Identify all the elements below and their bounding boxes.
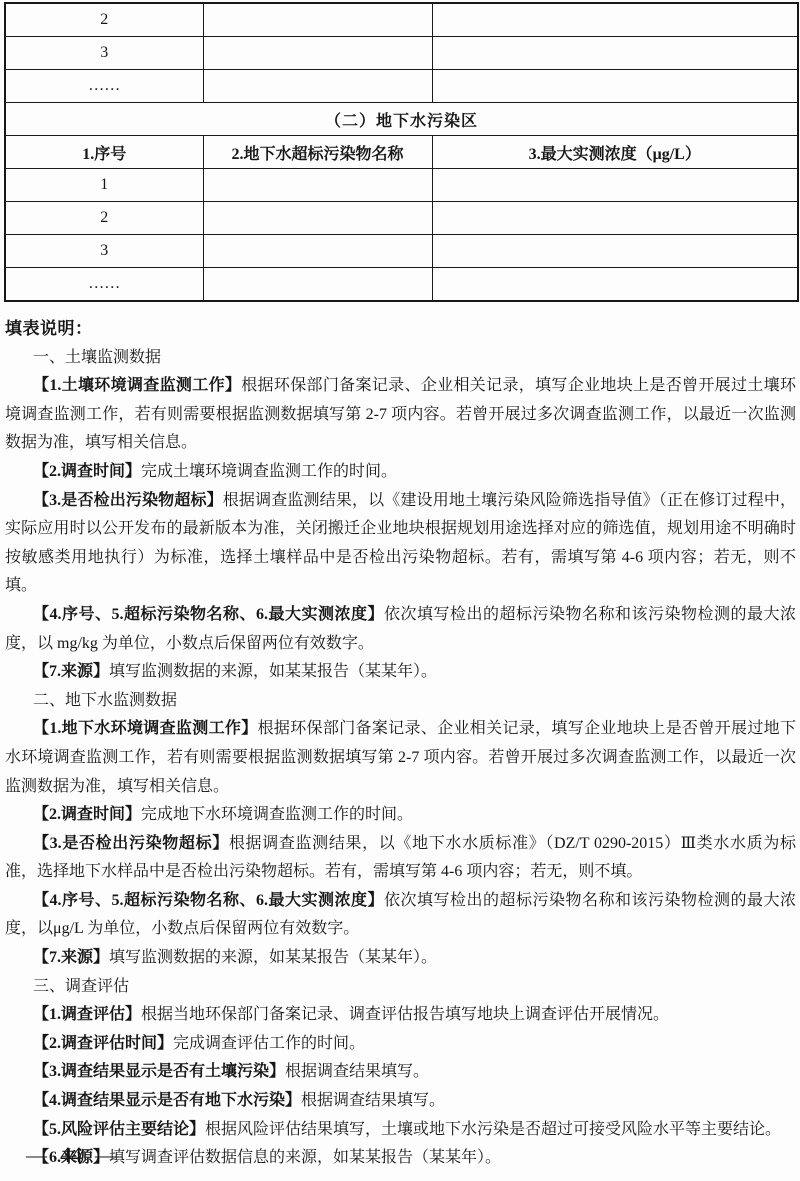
- item-text: 根据调查结果填写。: [301, 1092, 445, 1109]
- column-header-pollutant: 2.地下水超标污染物名称: [203, 136, 432, 169]
- empty-cell: [432, 202, 798, 235]
- empty-cell: [203, 268, 432, 302]
- item-label: 【1.地下水环境调查监测工作】: [33, 720, 258, 737]
- instruction-item: 【5.风险评估主要结论】根据风险评估结果填写，土壤或地下水污染是否超过可接受风险…: [5, 1116, 796, 1145]
- empty-cell: [203, 37, 432, 70]
- row-index-cell: ……: [5, 268, 203, 302]
- form-instructions: 填表说明： 一、土壤监测数据 【1.土壤环境调查监测工作】根据环保部门备案记录、…: [5, 303, 796, 1173]
- table-row: ……: [5, 268, 798, 302]
- empty-cell: [432, 268, 798, 302]
- section-heading-groundwater: 二、地下水监测数据: [5, 687, 796, 716]
- item-label: 【2.调查时间】: [33, 463, 141, 480]
- item-label: 【2.调查评估时间】: [33, 1035, 173, 1052]
- row-index-cell: 2: [5, 202, 203, 235]
- item-text: 填写调查评估数据信息的来源，如某某报告（某某年）。: [109, 1149, 501, 1166]
- instruction-item: 【7.来源】填写监测数据的来源，如某某报告（某某年）。: [5, 944, 796, 973]
- instruction-item: 【3.是否检出污染物超标】根据调查监测结果，以《地下水水质标准》（DZ/T 02…: [5, 830, 796, 887]
- item-label: 【1.调查评估】: [33, 1006, 141, 1023]
- empty-cell: [432, 3, 798, 37]
- table-row: 1: [5, 169, 798, 202]
- instruction-item: 【2.调查时间】完成土壤环境调查监测工作的时间。: [5, 458, 796, 487]
- row-index-cell: 1: [5, 169, 203, 202]
- empty-cell: [203, 235, 432, 268]
- item-label: 【4.序号、5.超标污染物名称、6.最大实测浓度】: [33, 892, 384, 909]
- instruction-item: 【3.是否检出污染物超标】根据调查监测结果，以《建设用地土壤污染风险筛选指导值》…: [5, 487, 796, 601]
- instruction-item: 【2.调查时间】完成地下水环境调查监测工作的时间。: [5, 801, 796, 830]
- table-row: 2: [5, 202, 798, 235]
- empty-cell: [432, 235, 798, 268]
- section-heading-assessment: 三、调查评估: [5, 973, 796, 1002]
- groundwater-pollution-table: 2 3 …… （二）地下水污染区 1.序号 2.地下水超标污染物名称 3.最大实…: [4, 2, 799, 302]
- item-label: 【3.是否检出污染物超标】: [33, 835, 229, 852]
- section-title: （二）地下水污染区: [5, 103, 798, 136]
- instruction-item: 【7.来源】填写监测数据的来源，如某某报告（某某年）。: [5, 658, 796, 687]
- instruction-item: 【4.序号、5.超标污染物名称、6.最大实测浓度】依次填写检出的超标污染物名称和…: [5, 601, 796, 658]
- empty-cell: [432, 169, 798, 202]
- table-row: 2: [5, 3, 798, 37]
- column-header-row: 1.序号 2.地下水超标污染物名称 3.最大实测浓度（μg/L）: [5, 136, 798, 169]
- item-label: 【4.序号、5.超标污染物名称、6.最大实测浓度】: [33, 606, 384, 623]
- empty-cell: [203, 3, 432, 37]
- row-index-cell: 3: [5, 37, 203, 70]
- empty-cell: [203, 169, 432, 202]
- row-index-cell: 2: [5, 3, 203, 37]
- section-heading-soil: 一、土壤监测数据: [5, 344, 796, 373]
- item-text: 根据当地环保部门备案记录、调查评估报告填写地块上调查评估开展情况。: [141, 1006, 669, 1023]
- item-label: 【1.土壤环境调查监测工作】: [33, 377, 241, 394]
- item-label: 【7.来源】: [33, 663, 109, 680]
- footer-dash-right: —: [95, 1143, 116, 1168]
- empty-cell: [432, 70, 798, 103]
- page-number: 44: [60, 1142, 82, 1168]
- item-text: 完成地下水环境调查监测工作的时间。: [141, 806, 413, 823]
- item-label: 【7.来源】: [33, 949, 109, 966]
- item-text: 完成调查评估工作的时间。: [173, 1035, 365, 1052]
- section-header-row: （二）地下水污染区: [5, 103, 798, 136]
- instruction-item: 【4.序号、5.超标污染物名称、6.最大实测浓度】依次填写检出的超标污染物名称和…: [5, 887, 796, 944]
- empty-cell: [203, 202, 432, 235]
- table-row: ……: [5, 70, 798, 103]
- document-page: 2 3 …… （二）地下水污染区 1.序号 2.地下水超标污染物名称 3.最大实…: [0, 0, 800, 1181]
- instruction-item: 【2.调查评估时间】完成调查评估工作的时间。: [5, 1030, 796, 1059]
- page-footer: — 44 —: [26, 1142, 116, 1168]
- instructions-title: 填表说明：: [5, 315, 796, 344]
- instruction-item: 【4.调查结果显示是否有地下水污染】根据调查结果填写。: [5, 1087, 796, 1116]
- table-row: 3: [5, 235, 798, 268]
- empty-cell: [203, 70, 432, 103]
- item-label: 【2.调查时间】: [33, 806, 141, 823]
- item-text: 填写监测数据的来源，如某某报告（某某年）。: [109, 949, 437, 966]
- row-index-cell: 3: [5, 235, 203, 268]
- footer-dash-left: —: [26, 1143, 47, 1168]
- item-label: 【4.调查结果显示是否有地下水污染】: [33, 1092, 301, 1109]
- item-text: 完成土壤环境调查监测工作的时间。: [141, 463, 397, 480]
- empty-cell: [432, 37, 798, 70]
- instruction-item: 【6.来源】填写调查评估数据信息的来源，如某某报告（某某年）。: [5, 1144, 796, 1173]
- row-index-cell: ……: [5, 70, 203, 103]
- instruction-item: 【1.土壤环境调查监测工作】根据环保部门备案记录、企业相关记录，填写企业地块上是…: [5, 372, 796, 458]
- item-label: 【3.调查结果显示是否有土壤污染】: [33, 1063, 285, 1080]
- item-text: 根据调查结果填写。: [285, 1063, 429, 1080]
- item-label: 【5.风险评估主要结论】: [33, 1121, 205, 1138]
- item-text: 根据风险评估结果填写，土壤或地下水污染是否超过可接受风险水平等主要结论。: [205, 1121, 781, 1138]
- item-label: 【3.是否检出污染物超标】: [33, 492, 223, 509]
- instruction-item: 【1.调查评估】根据当地环保部门备案记录、调查评估报告填写地块上调查评估开展情况…: [5, 1001, 796, 1030]
- item-text: 填写监测数据的来源，如某某报告（某某年）。: [109, 663, 437, 680]
- instruction-item: 【3.调查结果显示是否有土壤污染】根据调查结果填写。: [5, 1058, 796, 1087]
- column-header-index: 1.序号: [5, 136, 203, 169]
- table-row: 3: [5, 37, 798, 70]
- instruction-item: 【1.地下水环境调查监测工作】根据环保部门备案记录、企业相关记录，填写企业地块上…: [5, 715, 796, 801]
- column-header-concentration: 3.最大实测浓度（μg/L）: [432, 136, 798, 169]
